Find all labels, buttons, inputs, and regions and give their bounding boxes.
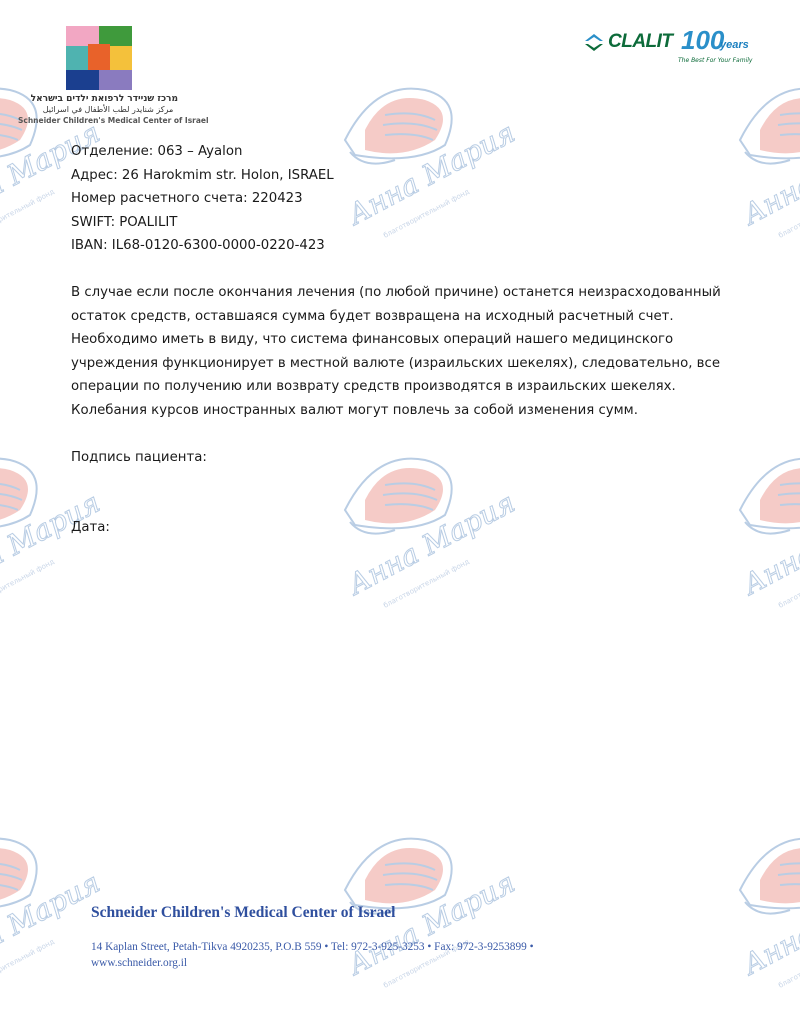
- svg-text:благотворительный фонд: благотворительный фонд: [382, 558, 471, 610]
- hands-heart-icon: Анна Мария благотворительный фонд: [0, 810, 100, 1000]
- svg-text:благотворительный фонд: благотворительный фонд: [777, 558, 800, 610]
- svg-text:благотворительный фонд: благотворительный фонд: [0, 558, 56, 610]
- svg-text:Анна Мария: Анна Мария: [0, 486, 100, 602]
- bank-iban: IBAN: IL68-0120-6300-0000-0220-423: [71, 234, 731, 258]
- anna-maria-watermark: Анна Мария благотворительный фонд: [720, 430, 800, 620]
- anna-maria-watermark: Анна Мария благотворительный фонд: [325, 430, 515, 620]
- schneider-logo: מרכז שניידר לרפואת ילדים בישראל مركز شنا…: [18, 22, 188, 132]
- svg-text:Анна Мария: Анна Мария: [341, 486, 515, 602]
- clalit-100: 100: [681, 25, 724, 56]
- svg-text:Анна Мария: Анна Мария: [736, 116, 800, 232]
- bank-address: Адрес: 26 Harokmim str. Holon, ISRAEL: [71, 164, 731, 188]
- footer-address: 14 Kaplan Street, Petah-Tikva 4920235, P…: [91, 939, 651, 971]
- paragraph-line: Необходимо иметь в виду, что система фин…: [71, 328, 731, 352]
- clalit-years: years: [720, 39, 749, 51]
- paragraph-line: остаток средств, оставшаяся сумма будет …: [71, 305, 731, 329]
- svg-text:благотворительный фонд: благотворительный фонд: [777, 938, 800, 990]
- svg-text:благотворительный фонд: благотворительный фонд: [0, 188, 56, 240]
- svg-text:Анна Мария: Анна Мария: [0, 866, 100, 982]
- paragraph-line: операции по получению или возврату средс…: [71, 375, 731, 399]
- hands-heart-icon: Анна Мария благотворительный фонд: [325, 430, 515, 620]
- anna-maria-watermark: Анна Мария благотворительный фонд: [720, 60, 800, 250]
- bank-branch: Отделение: 063 – Ayalon: [71, 140, 731, 164]
- document-body: Отделение: 063 – Ayalon Адрес: 26 Harokm…: [71, 140, 731, 422]
- bank-swift: SWIFT: POALILIT: [71, 211, 731, 235]
- anna-maria-watermark: Анна Мария благотворительный фонд: [0, 810, 100, 1000]
- date-label: Дата:: [71, 520, 110, 535]
- svg-text:благотворительный фонд: благотворительный фонд: [0, 938, 56, 990]
- logo-hebrew-text: מרכז שניידר לרפואת ילדים בישראל: [38, 94, 178, 104]
- bank-details: Отделение: 063 – Ayalon Адрес: 26 Harokm…: [71, 140, 731, 258]
- footer-title: Schneider Children's Medical Center of I…: [91, 904, 395, 922]
- svg-text:Анна Мария: Анна Мария: [736, 486, 800, 602]
- paragraph-line: Колебания курсов иностранных валют могут…: [71, 399, 731, 423]
- clalit-arrows-icon: [583, 31, 605, 53]
- clalit-tagline: The Best For Your Family: [678, 57, 752, 64]
- svg-text:Анна Мария: Анна Мария: [736, 866, 800, 982]
- logo-english-text: Schneider Children's Medical Center of I…: [18, 116, 188, 125]
- clalit-brand: CLALIT: [608, 31, 673, 53]
- logo-arabic-text: مركز شنايدر لطب الأطفال في اسرائيل: [38, 105, 178, 114]
- svg-text:благотворительный фонд: благотворительный фонд: [777, 188, 800, 240]
- footer-address-line: 14 Kaplan Street, Petah-Tikva 4920235, P…: [91, 939, 651, 955]
- clalit-logo: CLALIT 100 years The Best For Your Famil…: [583, 25, 773, 75]
- hands-heart-icon: Анна Мария благотворительный фонд: [720, 810, 800, 1000]
- paragraph-line: В случае если после окончания лечения (п…: [71, 281, 731, 305]
- refund-paragraph: В случае если после окончания лечения (п…: [71, 281, 731, 422]
- puzzle-logo-icon: [66, 26, 132, 90]
- footer-website: www.schneider.org.il: [91, 955, 651, 971]
- anna-maria-watermark: Анна Мария благотворительный фонд: [720, 810, 800, 1000]
- bank-account-number: Номер расчетного счета: 220423: [71, 187, 731, 211]
- hands-heart-icon: Анна Мария благотворительный фонд: [720, 60, 800, 250]
- paragraph-line: учреждения функционирует в местной валют…: [71, 352, 731, 376]
- hands-heart-icon: Анна Мария благотворительный фонд: [720, 430, 800, 620]
- patient-signature-label: Подпись пациента:: [71, 450, 207, 465]
